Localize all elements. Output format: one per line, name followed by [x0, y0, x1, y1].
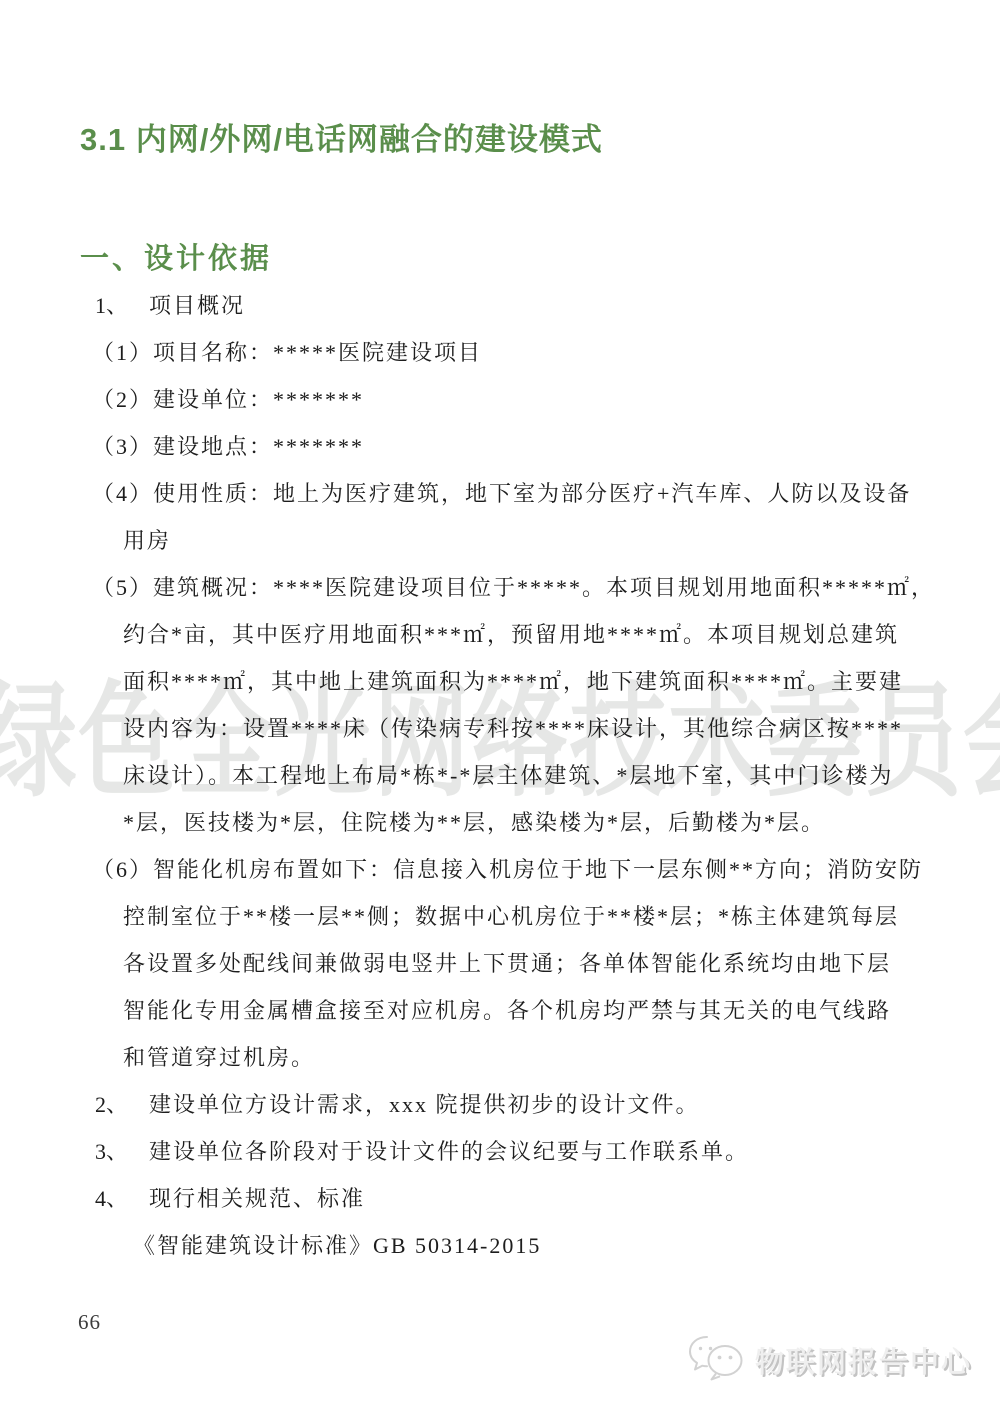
text-line: 《智能建筑设计标准》GB 50314-2015 [0, 1222, 1000, 1269]
list-text: 项目概况 [149, 293, 245, 318]
text-line: （2）建设单位：******* [0, 376, 1000, 423]
text-line: 各设置多处配线间兼做弱电竖井上下贯通；各单体智能化系统均由地下层 [0, 940, 1000, 987]
publisher-stamp: 物联网报告中心 [687, 1334, 972, 1387]
document-page: 绿色全光网络技术委员会 3.1 内网/外网/电话网融合的建设模式 一、设计依据 … [0, 0, 1000, 1404]
body-text-block: 1、项目概况（1）项目名称：*****医院建设项目（2）建设单位：*******… [0, 282, 1000, 1269]
list-text: 建设单位各阶段对于设计文件的会议纪要与工作联系单。 [149, 1139, 749, 1164]
text-line: 控制室位于**楼一层**侧；数据中心机房位于**楼*层；*栋主体建筑每层 [0, 893, 1000, 940]
text-line: （5）建筑概况：****医院建设项目位于*****。本项目规划用地面积*****… [0, 564, 1000, 611]
stamp-label: 物联网报告中心 [755, 1340, 972, 1381]
text-line: 和管道穿过机房。 [0, 1034, 1000, 1081]
list-marker: 3、 [95, 1128, 149, 1175]
section-title: 3.1 内网/外网/电话网融合的建设模式 [80, 114, 603, 159]
text-line: 面积****㎡，其中地上建筑面积为****㎡，地下建筑面积****㎡。主要建 [0, 658, 1000, 705]
text-line: 3、建设单位各阶段对于设计文件的会议纪要与工作联系单。 [0, 1128, 1000, 1175]
text-line: 2、建设单位方设计需求，xxx 院提供初步的设计文件。 [0, 1081, 1000, 1128]
text-line: 用房 [0, 517, 1000, 564]
text-line: 智能化专用金属槽盒接至对应机房。各个机房均严禁与其无关的电气线路 [0, 987, 1000, 1034]
list-marker: 1、 [95, 282, 149, 329]
text-line: （4）使用性质：地上为医疗建筑，地下室为部分医疗+汽车库、人防以及设备 [0, 470, 1000, 517]
text-line: （6）智能化机房布置如下：信息接入机房位于地下一层东侧**方向；消防安防 [0, 846, 1000, 893]
text-line: 4、现行相关规范、标准 [0, 1175, 1000, 1222]
wechat-chat-bubbles-icon [687, 1334, 745, 1387]
list-text: 建设单位方设计需求，xxx 院提供初步的设计文件。 [149, 1092, 700, 1117]
text-line: 约合*亩，其中医疗用地面积***㎡，预留用地****㎡。本项目规划总建筑 [0, 611, 1000, 658]
list-marker: 2、 [95, 1081, 149, 1128]
list-text: 现行相关规范、标准 [149, 1186, 365, 1211]
text-line: （3）建设地点：******* [0, 423, 1000, 470]
text-line: *层，医技楼为*层，住院楼为**层，感染楼为*层，后勤楼为*层。 [0, 799, 1000, 846]
text-line: 床设计）。本工程地上布局*栋*-*层主体建筑、*层地下室，其中门诊楼为 [0, 752, 1000, 799]
text-line: 设内容为：设置****床（传染病专科按****床设计，其他综合病区按**** [0, 705, 1000, 752]
text-line: 1、项目概况 [0, 282, 1000, 329]
list-marker: 4、 [95, 1175, 149, 1222]
page-number: 66 [78, 1310, 101, 1335]
sub-heading: 一、设计依据 [80, 236, 272, 277]
text-line: （1）项目名称：*****医院建设项目 [0, 329, 1000, 376]
